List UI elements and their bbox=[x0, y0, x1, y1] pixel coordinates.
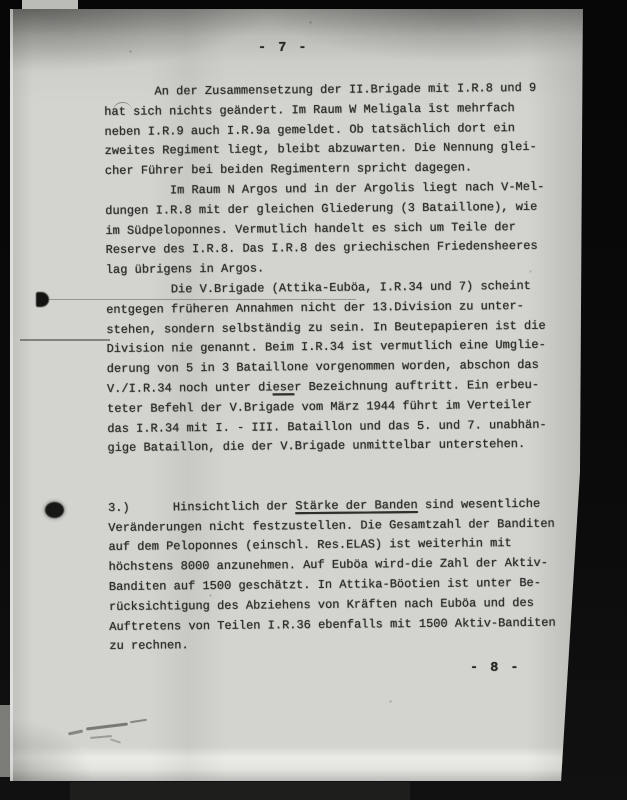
underlined-text: Stärke der Banden bbox=[295, 498, 418, 513]
page-top-edge-artifact bbox=[22, 0, 78, 9]
hole-punch-mark bbox=[45, 502, 64, 518]
page-number-header: - 7 - bbox=[258, 41, 309, 56]
margin-line bbox=[48, 299, 356, 300]
scribble-stroke bbox=[68, 729, 83, 735]
scribble-stroke bbox=[110, 738, 121, 743]
document-page: - 7 - An der Zusammensetzung der II.Brig… bbox=[10, 9, 584, 781]
scribble-stroke bbox=[86, 722, 128, 730]
scan-dust-specks bbox=[10, 9, 11, 10]
page-number-footer: - 8 - bbox=[470, 661, 521, 676]
typewritten-body-text: An der Zusammensetzung der II.Brigade mi… bbox=[104, 78, 579, 657]
scribble-stroke bbox=[90, 735, 112, 739]
scribble-stroke bbox=[130, 719, 147, 724]
scanned-document-screenshot: { "scan": { "header_page_number": "- 7 -… bbox=[0, 0, 627, 800]
margin-line bbox=[20, 339, 110, 341]
text-line: zu rechnen. bbox=[109, 633, 579, 657]
scanner-bottom-band bbox=[70, 782, 410, 800]
underlined-text: ese bbox=[273, 380, 295, 394]
